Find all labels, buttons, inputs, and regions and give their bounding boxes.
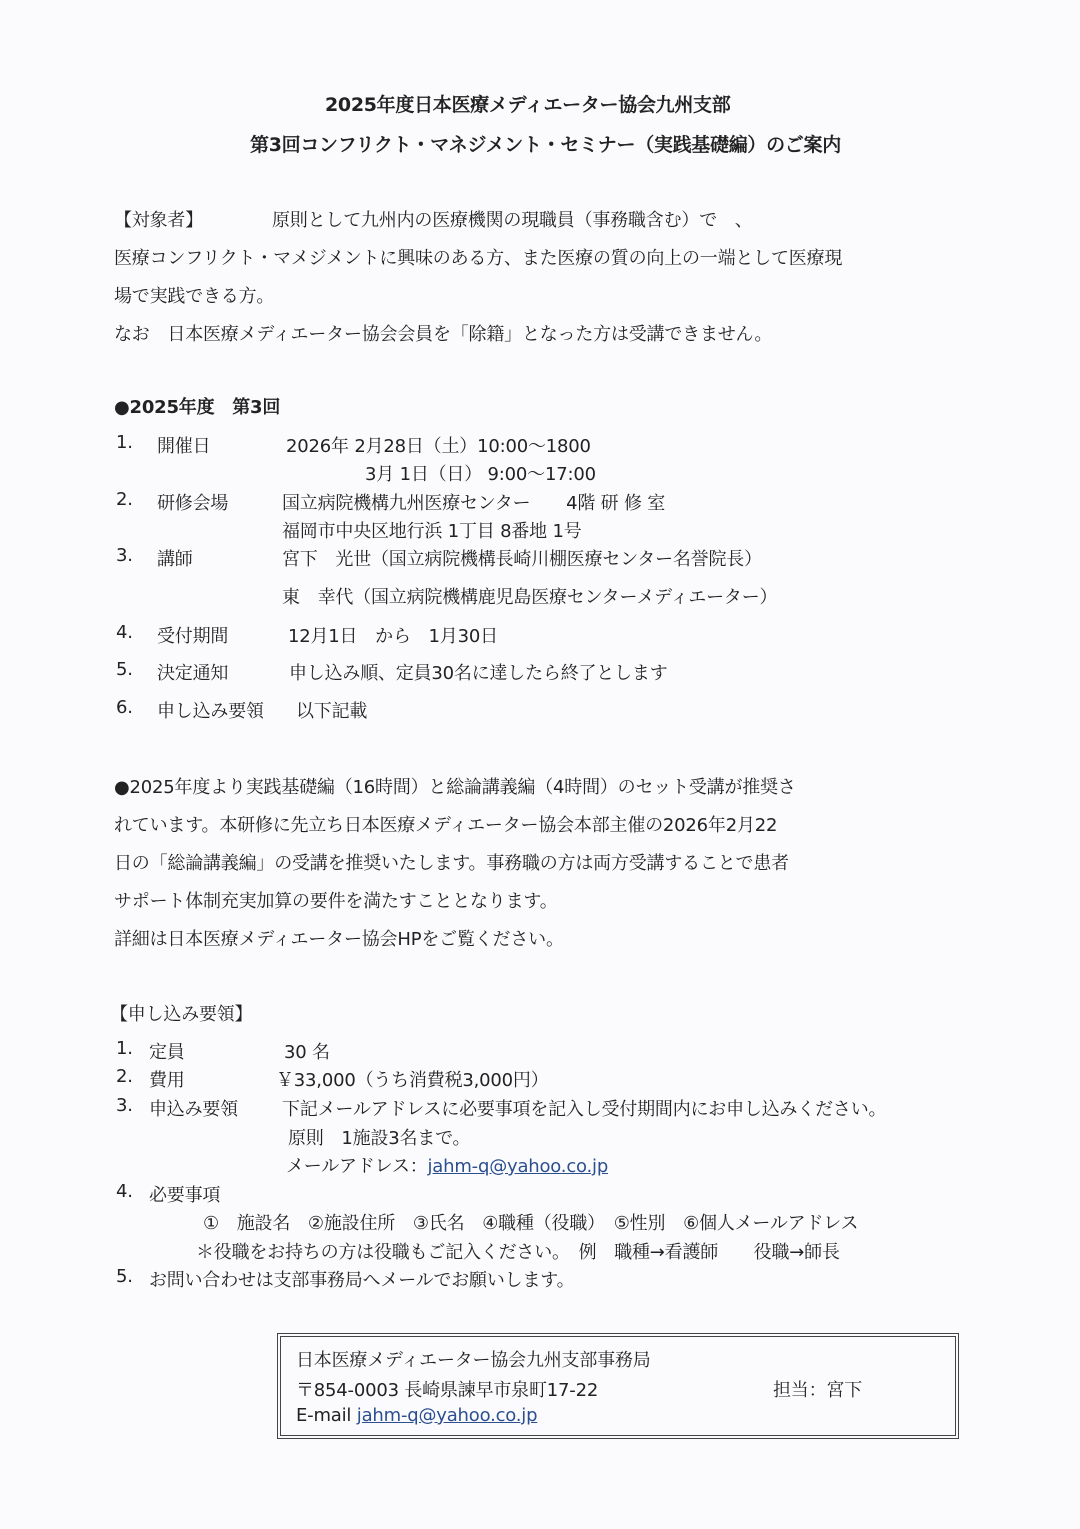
- contact-email-link[interactable]: jahm-q@yahoo.co.jp: [357, 1405, 538, 1426]
- contact-person: 担当：宮下: [773, 1376, 862, 1402]
- document-title: 2025年度日本医療メディエーター協会九州支部: [325, 90, 730, 117]
- application-inquiry: お問い合わせは支部事務局へメールでお願いします。: [149, 1266, 574, 1292]
- target-line-1: 原則として九州内の医療機関の現職員（事務職含む）で 、: [272, 206, 753, 232]
- contact-address: 〒854-0003 長崎県諫早市泉町17-22: [296, 1376, 598, 1402]
- session-notice: 申し込み順、定員30名に達したら終了とします: [289, 659, 668, 685]
- session-item-number: 2.: [116, 489, 133, 510]
- session-item-label-notice: 決定通知: [157, 659, 228, 685]
- session-heading: ●2025年度 第3回: [114, 393, 280, 419]
- session-item-label-apply: 申し込み要領: [157, 697, 264, 723]
- application-email-row: メールアドレス：jahm-q@yahoo.co.jp: [286, 1152, 608, 1178]
- recommend-line-4: サポート体制充実加算の要件を満たすこととなります。: [114, 887, 558, 913]
- session-venue-address: 福岡市中央区地行浜 1丁目 8番地 1号: [282, 517, 582, 543]
- application-item-number: 4.: [116, 1181, 133, 1202]
- session-item-number: 6.: [116, 697, 133, 718]
- application-label-method: 申込み要領: [149, 1095, 238, 1121]
- session-venue: 国立病院機構九州医療センター 4階 研 修 室: [282, 489, 665, 515]
- session-item-label-period: 受付期間: [157, 622, 228, 648]
- recommend-line-5: 詳細は日本医療メディエーター協会HPをご覧ください。: [114, 925, 564, 951]
- recommend-line-2: れています。本研修に先立ち日本医療メディエーター協会本部主催の2026年2月22: [114, 811, 777, 837]
- application-capacity: 30 名: [284, 1038, 330, 1064]
- application-label-fee: 費用: [149, 1066, 185, 1092]
- application-required-note: ＊役職をお持ちの方は役職もご記入ください。 例 職種→看護師 役職→師長: [196, 1238, 840, 1264]
- session-date-day2: 3月 1日（日） 9:00～17:00: [365, 460, 596, 486]
- target-label: 【対象者】: [114, 206, 203, 232]
- session-apply: 以下記載: [296, 697, 367, 723]
- application-fee: ￥33,000（うち消費税3,000円）: [276, 1066, 549, 1092]
- target-line-2: 医療コンフリクト・マメジメントに興味のある方、また医療の質の向上の一端として医療…: [114, 244, 842, 270]
- session-item-number: 4.: [116, 622, 133, 643]
- target-line-4: なお 日本医療メディエーター協会会員を「除籍」となった方は受講できません。: [114, 320, 772, 346]
- application-limit: 原則 1施設3名まで。: [288, 1124, 470, 1150]
- application-email-label: メールアドレス：: [286, 1156, 428, 1177]
- session-item-label-lecturer: 講師: [157, 545, 193, 571]
- session-item-number: 3.: [116, 545, 133, 566]
- application-label-required: 必要事項: [149, 1181, 220, 1207]
- session-date-day1: 2026年 2月28日（土）10:00～1800: [286, 432, 591, 458]
- application-item-number: 5.: [116, 1266, 133, 1287]
- session-lecturer-1: 宮下 光世（国立病院機構長崎川棚医療センター名誉院長）: [282, 545, 762, 571]
- application-item-number: 2.: [116, 1066, 133, 1087]
- contact-email-row: E-mail jahm-q@yahoo.co.jp: [296, 1405, 537, 1426]
- document-subtitle: 第3回コンフリクト・マネジメント・セミナー（実践基礎編）のご案内: [250, 130, 841, 157]
- recommend-line-1: ●2025年度より実践基礎編（16時間）と総論講義編（4時間）のセット受講が推奨…: [114, 773, 796, 799]
- target-line-3: 場で実践できる方。: [114, 282, 274, 308]
- session-item-number: 5.: [116, 659, 133, 680]
- session-item-label-venue: 研修会場: [157, 489, 228, 515]
- session-item-label-date: 開催日: [157, 432, 210, 458]
- session-period: 12月1日 から 1月30日: [288, 622, 498, 648]
- application-item-number: 1.: [116, 1038, 133, 1059]
- application-heading: 【申し込み要領】: [110, 1000, 252, 1026]
- application-required-fields: ① 施設名 ②施設住所 ③氏名 ④職種（役職） ⑤性別 ⑥個人メールアドレス: [203, 1209, 858, 1235]
- application-method: 下記メールアドレスに必要事項を記入し受付期間内にお申し込みください。: [282, 1095, 886, 1121]
- application-item-number: 3.: [116, 1095, 133, 1116]
- contact-email-label: E-mail: [296, 1405, 351, 1426]
- recommend-line-3: 日の「総論講義編」の受講を推奨いたします。事務職の方は両方受講することで患者: [114, 849, 789, 875]
- application-label-capacity: 定員: [149, 1038, 185, 1064]
- contact-org: 日本医療メディエーター協会九州支部事務局: [296, 1346, 651, 1372]
- session-item-number: 1.: [116, 432, 133, 453]
- session-lecturer-2: 東 幸代（国立病院機構鹿児島医療センターメディエーター）: [282, 583, 777, 609]
- application-email-link[interactable]: jahm-q@yahoo.co.jp: [428, 1156, 609, 1177]
